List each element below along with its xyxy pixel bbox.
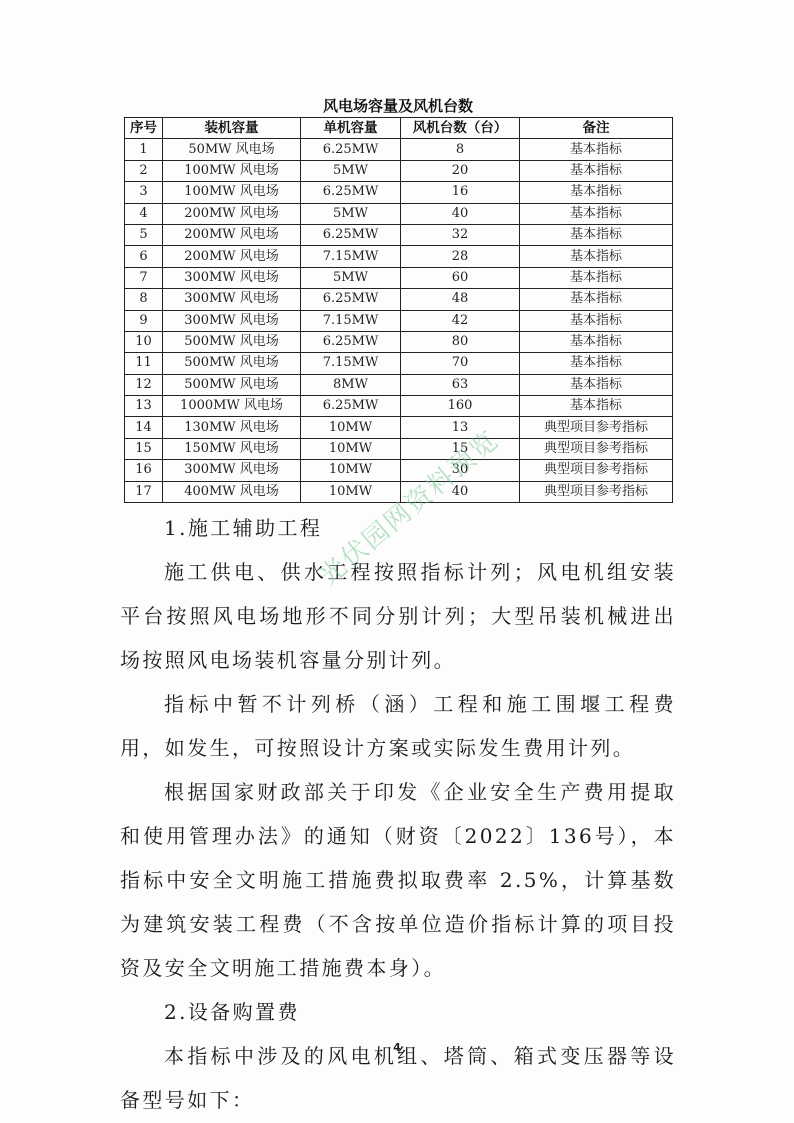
table-row: 2 100MW 风电场 5MW 20 基本指标 xyxy=(125,160,673,181)
table-row: 12 500MW 风电场 8MW 63 基本指标 xyxy=(125,374,673,395)
cell-unit-capacity: 7.15MW xyxy=(301,246,401,267)
cell-index: 8 xyxy=(125,289,163,310)
table-row: 14 130MW 风电场 10MW 13 典型项目参考指标 xyxy=(125,417,673,438)
cell-unit-capacity: 6.25MW xyxy=(301,139,401,160)
cell-unit-capacity: 6.25MW xyxy=(301,396,401,417)
cell-index: 15 xyxy=(125,438,163,459)
cell-index: 6 xyxy=(125,246,163,267)
cell-remarks: 典型项目参考指标 xyxy=(520,438,673,459)
table-row: 7 300MW 风电场 5MW 60 基本指标 xyxy=(125,267,673,288)
header-turbine-count: 风机台数（台） xyxy=(401,118,520,139)
cell-index: 5 xyxy=(125,224,163,245)
cell-remarks: 基本指标 xyxy=(520,331,673,352)
cell-remarks: 基本指标 xyxy=(520,160,673,181)
body-text: 1.施工辅助工程 施工供电、供水工程按照指标计列；风电机组安装平台按照风电场地形… xyxy=(120,506,676,1122)
cell-remarks: 基本指标 xyxy=(520,396,673,417)
cell-index: 12 xyxy=(125,374,163,395)
cell-turbine-count: 8 xyxy=(401,139,520,160)
paragraph: 指标中暂不计列桥（涵）工程和施工围堰工程费用，如发生，可按照设计方案或实际发生费… xyxy=(120,682,676,770)
cell-remarks: 基本指标 xyxy=(520,203,673,224)
header-unit-capacity: 单机容量 xyxy=(301,118,401,139)
cell-remarks: 基本指标 xyxy=(520,289,673,310)
table-row: 8 300MW 风电场 6.25MW 48 基本指标 xyxy=(125,289,673,310)
cell-unit-capacity: 6.25MW xyxy=(301,289,401,310)
cell-unit-capacity: 5MW xyxy=(301,160,401,181)
cell-unit-capacity: 7.15MW xyxy=(301,310,401,331)
cell-unit-capacity: 8MW xyxy=(301,374,401,395)
table-caption: 风电场容量及风机台数 xyxy=(124,96,672,116)
cell-installed-capacity: 300MW 风电场 xyxy=(163,310,301,331)
cell-index: 10 xyxy=(125,331,163,352)
cell-turbine-count: 30 xyxy=(401,460,520,481)
cell-installed-capacity: 1000MW 风电场 xyxy=(163,396,301,417)
cell-index: 17 xyxy=(125,481,163,502)
cell-remarks: 典型项目参考指标 xyxy=(520,481,673,502)
table-row: 4 200MW 风电场 5MW 40 基本指标 xyxy=(125,203,673,224)
cell-unit-capacity: 6.25MW xyxy=(301,224,401,245)
cell-installed-capacity: 500MW 风电场 xyxy=(163,353,301,374)
cell-installed-capacity: 150MW 风电场 xyxy=(163,438,301,459)
cell-turbine-count: 32 xyxy=(401,224,520,245)
cell-index: 11 xyxy=(125,353,163,374)
cell-turbine-count: 15 xyxy=(401,438,520,459)
table-row: 16 300MW 风电场 10MW 30 典型项目参考指标 xyxy=(125,460,673,481)
cell-installed-capacity: 200MW 风电场 xyxy=(163,224,301,245)
cell-remarks: 典型项目参考指标 xyxy=(520,460,673,481)
cell-turbine-count: 40 xyxy=(401,203,520,224)
cell-remarks: 基本指标 xyxy=(520,310,673,331)
cell-turbine-count: 60 xyxy=(401,267,520,288)
paragraph: 施工供电、供水工程按照指标计列；风电机组安装平台按照风电场地形不同分别计列；大型… xyxy=(120,550,676,682)
cell-unit-capacity: 5MW xyxy=(301,203,401,224)
cell-turbine-count: 28 xyxy=(401,246,520,267)
table-row: 15 150MW 风电场 10MW 15 典型项目参考指标 xyxy=(125,438,673,459)
cell-installed-capacity: 400MW 风电场 xyxy=(163,481,301,502)
cell-index: 2 xyxy=(125,160,163,181)
cell-index: 9 xyxy=(125,310,163,331)
cell-remarks: 基本指标 xyxy=(520,139,673,160)
cell-turbine-count: 70 xyxy=(401,353,520,374)
cell-unit-capacity: 10MW xyxy=(301,438,401,459)
table-row: 5 200MW 风电场 6.25MW 32 基本指标 xyxy=(125,224,673,245)
cell-installed-capacity: 200MW 风电场 xyxy=(163,203,301,224)
cell-installed-capacity: 130MW 风电场 xyxy=(163,417,301,438)
cell-installed-capacity: 200MW 风电场 xyxy=(163,246,301,267)
cell-turbine-count: 80 xyxy=(401,331,520,352)
cell-unit-capacity: 6.25MW xyxy=(301,331,401,352)
wind-farm-capacity-table: 序号 装机容量 单机容量 风机台数（台） 备注 1 50MW 风电场 6.25M… xyxy=(124,117,673,503)
cell-installed-capacity: 300MW 风电场 xyxy=(163,267,301,288)
table-row: 3 100MW 风电场 6.25MW 16 基本指标 xyxy=(125,182,673,203)
cell-turbine-count: 16 xyxy=(401,182,520,203)
cell-index: 14 xyxy=(125,417,163,438)
cell-remarks: 基本指标 xyxy=(520,182,673,203)
cell-remarks: 典型项目参考指标 xyxy=(520,417,673,438)
section-heading-equipment-purchase: 2.设备购置费 xyxy=(120,990,676,1034)
cell-turbine-count: 20 xyxy=(401,160,520,181)
cell-turbine-count: 13 xyxy=(401,417,520,438)
cell-remarks: 基本指标 xyxy=(520,224,673,245)
cell-turbine-count: 160 xyxy=(401,396,520,417)
cell-unit-capacity: 10MW xyxy=(301,460,401,481)
table-row: 6 200MW 风电场 7.15MW 28 基本指标 xyxy=(125,246,673,267)
cell-unit-capacity: 10MW xyxy=(301,417,401,438)
cell-remarks: 基本指标 xyxy=(520,267,673,288)
document-page: 风电场容量及风机台数 序号 装机容量 单机容量 风机台数（台） 备注 1 50M… xyxy=(0,0,794,1123)
cell-unit-capacity: 10MW xyxy=(301,481,401,502)
table-row: 11 500MW 风电场 7.15MW 70 基本指标 xyxy=(125,353,673,374)
cell-remarks: 基本指标 xyxy=(520,353,673,374)
cell-index: 4 xyxy=(125,203,163,224)
table-row: 17 400MW 风电场 10MW 40 典型项目参考指标 xyxy=(125,481,673,502)
cell-remarks: 基本指标 xyxy=(520,374,673,395)
cell-installed-capacity: 300MW 风电场 xyxy=(163,289,301,310)
header-remarks: 备注 xyxy=(520,118,673,139)
cell-turbine-count: 42 xyxy=(401,310,520,331)
table-row: 10 500MW 风电场 6.25MW 80 基本指标 xyxy=(125,331,673,352)
paragraph: 根据国家财政部关于印发《企业安全生产费用提取和使用管理办法》的通知（财资〔202… xyxy=(120,770,676,990)
cell-unit-capacity: 5MW xyxy=(301,267,401,288)
cell-unit-capacity: 7.15MW xyxy=(301,353,401,374)
cell-installed-capacity: 300MW 风电场 xyxy=(163,460,301,481)
cell-installed-capacity: 500MW 风电场 xyxy=(163,374,301,395)
page-number: 4 xyxy=(387,1041,407,1054)
cell-installed-capacity: 500MW 风电场 xyxy=(163,331,301,352)
section-heading-construction-auxiliary: 1.施工辅助工程 xyxy=(120,506,676,550)
cell-turbine-count: 48 xyxy=(401,289,520,310)
table-row: 13 1000MW 风电场 6.25MW 160 基本指标 xyxy=(125,396,673,417)
table-row: 1 50MW 风电场 6.25MW 8 基本指标 xyxy=(125,139,673,160)
cell-index: 16 xyxy=(125,460,163,481)
cell-turbine-count: 63 xyxy=(401,374,520,395)
cell-unit-capacity: 6.25MW xyxy=(301,182,401,203)
header-installed-capacity: 装机容量 xyxy=(163,118,301,139)
cell-index: 7 xyxy=(125,267,163,288)
header-index: 序号 xyxy=(125,118,163,139)
cell-installed-capacity: 100MW 风电场 xyxy=(163,182,301,203)
cell-installed-capacity: 50MW 风电场 xyxy=(163,139,301,160)
cell-installed-capacity: 100MW 风电场 xyxy=(163,160,301,181)
cell-index: 13 xyxy=(125,396,163,417)
table-row: 9 300MW 风电场 7.15MW 42 基本指标 xyxy=(125,310,673,331)
table-header-row: 序号 装机容量 单机容量 风机台数（台） 备注 xyxy=(125,118,673,139)
cell-index: 1 xyxy=(125,139,163,160)
cell-turbine-count: 40 xyxy=(401,481,520,502)
cell-remarks: 基本指标 xyxy=(520,246,673,267)
cell-index: 3 xyxy=(125,182,163,203)
